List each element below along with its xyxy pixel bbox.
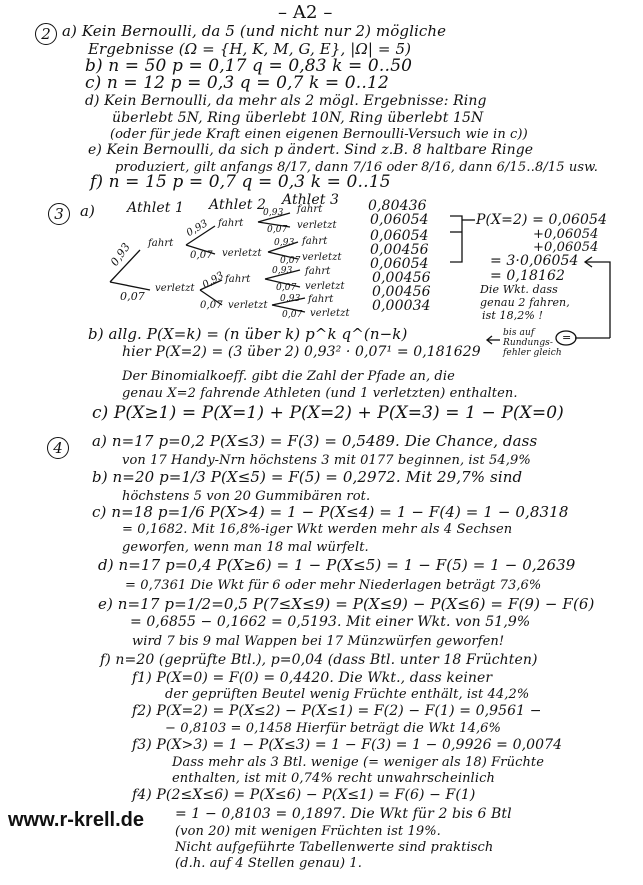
rounding-note-3: fehler gleich <box>503 348 562 358</box>
sum-line-1: P(X=2) = 0,06054 <box>476 212 607 228</box>
rounding-note-2: Rundungs- <box>503 338 553 348</box>
tree-node-fit: fahrt <box>148 238 173 249</box>
site-watermark: www.r-krell.de <box>8 809 144 832</box>
task4-f1-line2: der geprüften Beutel wenig Früchte enthä… <box>165 687 529 702</box>
task4-a-line2: von 17 Handy-Nrn höchstens 3 mit 0177 be… <box>122 453 531 468</box>
task4-b-line2: höchstens 5 von 20 Gummibären rot. <box>122 489 370 504</box>
task4-f: f) n=20 (geprüfte Btl.), p=0,04 (dass Bt… <box>100 652 538 668</box>
task4-b-line1: b) n=20 p=1/3 P(X≤5) = F(5) = 0,2972. Mi… <box>92 468 522 486</box>
tree-prob-l3-6: 0,07 <box>276 283 296 293</box>
tree-prob-l3-3: 0,93 <box>274 238 294 248</box>
conclusion-line-1: Die Wkt. dass <box>480 283 558 296</box>
tree-leaf-3: fahrt <box>302 236 327 247</box>
tree-prob-l3-1: 0,93 <box>263 208 283 218</box>
tree-prob-l3-4: 0,07 <box>280 256 300 266</box>
tree-prob-l3-2: 0,07 <box>267 225 287 235</box>
path-prob-2: 0,06054 <box>370 212 429 228</box>
tree-prob-root-hurt: 0,07 <box>120 290 145 303</box>
task4-f3-line3: enthalten, ist mit 0,74% recht unwahrsch… <box>172 771 495 786</box>
tree-prob-l3-7: 0,93 <box>280 294 300 304</box>
path-prob-8: 0,00034 <box>372 298 431 314</box>
tree-prob-l2-hurt-a: 0,07 <box>190 250 213 261</box>
task4-f4-line2: = 1 − 0,8103 = 0,1897. Die Wkt für 2 bis… <box>175 806 512 822</box>
tree-node-fit-hurt: verletzt <box>222 248 262 259</box>
task4-f4-line5: (d.h. auf 4 Stellen genau) 1. <box>175 856 362 871</box>
tree-prob-l3-5: 0,93 <box>272 266 292 276</box>
tree-leaf-6: verletzt <box>305 281 345 292</box>
task3-b-explain-1: Der Binomialkoeff. gibt die Zahl der Pfa… <box>122 369 455 384</box>
tree-leaf-4: verletzt <box>302 252 342 263</box>
tree-node-hurt: verletzt <box>155 283 195 294</box>
tree-node-fit-fit: fahrt <box>218 218 243 229</box>
task4-e-line2: = 0,6855 − 0,1662 = 0,5193. Mit einer Wk… <box>130 614 530 630</box>
task4-c-line3: geworfen, wenn man 18 mal würfelt. <box>122 540 369 555</box>
task3-c: c) P(X≥1) = P(X=1) + P(X=2) + P(X=3) = 1… <box>92 403 564 423</box>
task4-e-line3: wird 7 bis 9 mal Wappen bei 17 Münzwürfe… <box>132 634 504 649</box>
sum-line-5: = 0,18162 <box>490 268 565 284</box>
task3-b-line2: hier P(X=2) = (3 über 2) 0,93² · 0,07¹ =… <box>122 344 481 360</box>
tree-leaf-8: verletzt <box>310 308 350 319</box>
task3-b-explain-2: genau X=2 fahrende Athleten (und 1 verle… <box>122 386 518 401</box>
task4-d-line1: d) n=17 p=0,4 P(X≥6) = 1 − P(X≤5) = 1 − … <box>98 556 575 574</box>
conclusion-line-3: ist 18,2% ! <box>482 309 543 322</box>
sum-line-4: = 3·0,06054 <box>490 253 579 269</box>
tree-leaf-2: verletzt <box>297 220 337 231</box>
task4-f4-line1: f4) P(2≤X≤6) = P(X≤6) − P(X≤1) = F(6) − … <box>132 787 476 803</box>
tree-leaf-1: fahrt <box>297 204 322 215</box>
tree-leaf-7: fahrt <box>308 294 333 305</box>
task4-c-line1: c) n=18 p=1/6 P(X>4) = 1 − P(X≤4) = 1 − … <box>92 503 568 521</box>
task4-c-line2: = 0,1682. Mit 16,8%-iger Wkt werden mehr… <box>122 522 512 537</box>
task4-f2-line1: f2) P(X=2) = P(X≤2) − P(X≤1) = F(2) − F(… <box>132 703 542 719</box>
tree-prob-l2-hurt-b: 0,07 <box>200 300 223 311</box>
task4-f4-line4: Nicht aufgeführte Tabellenwerte sind pra… <box>175 840 493 855</box>
tree-prob-l3-8: 0,07 <box>282 310 302 320</box>
task4-f2-line2: − 0,8103 = 0,1458 Hierfür beträgt die Wk… <box>165 721 501 736</box>
conclusion-line-2: genau 2 fahren, <box>480 296 570 309</box>
task4-e-line1: e) n=17 p=1/2=0,5 P(7≤X≤9) = P(X≤9) − P(… <box>98 595 595 613</box>
task4-a-line1: a) n=17 p=0,2 P(X≤3) = F(3) = 0,5489. Di… <box>92 432 537 450</box>
task4-f3-line1: f3) P(X>3) = 1 − P(X≤3) = 1 − F(3) = 1 −… <box>132 737 562 753</box>
task4-f4-line3: (von 20) mit wenigen Früchten ist 19%. <box>175 824 441 839</box>
rounding-note-1: bis auf <box>503 328 534 338</box>
tree-leaf-5: fahrt <box>305 266 330 277</box>
equal-sign-marker: = <box>562 331 571 344</box>
task4-d-line2: = 0,7361 Die Wkt für 6 oder mehr Niederl… <box>125 578 541 593</box>
tree-node-hurt-fit: fahrt <box>225 274 250 285</box>
tree-node-hurt-hurt: verletzt <box>228 300 268 311</box>
task4-f3-line2: Dass mehr als 3 Btl. wenige (= weniger a… <box>172 755 544 770</box>
task4-f1-line1: f1) P(X=0) = F(0) = 0,4420. Die Wkt., da… <box>132 670 492 686</box>
task3-b-line1: b) allg. P(X=k) = (n über k) p^k q^(n−k) <box>88 325 407 343</box>
task-number-4: 4 <box>47 437 69 459</box>
